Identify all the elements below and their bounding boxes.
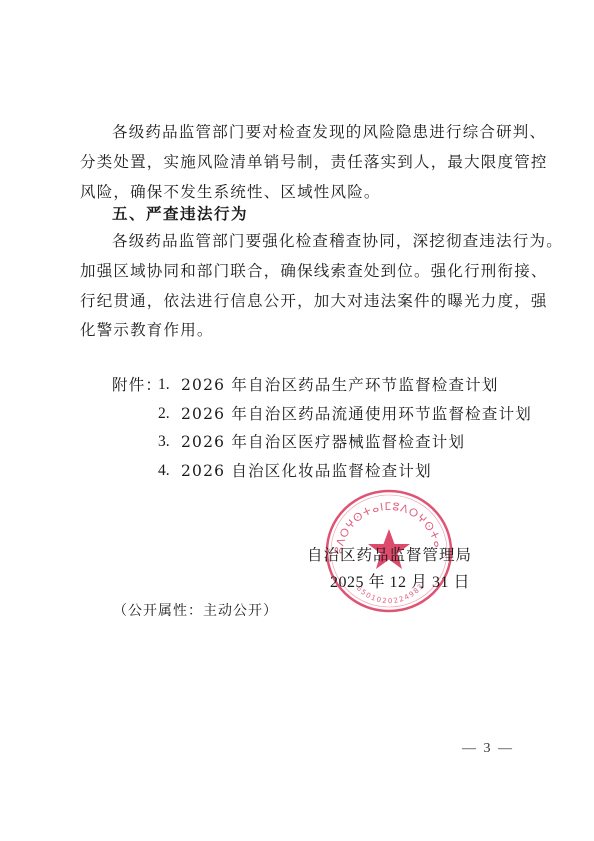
document-page: 各级药品监管部门要对检查发现的风险隐患进行综合研判、 分类处置，实施风险清单销号…	[0, 0, 594, 841]
attachment-item: 2026 年自治区药品流通使用环节监督检查计划	[181, 404, 532, 424]
attachment-number: 1.	[158, 375, 170, 395]
attachment-number: 3.	[158, 432, 170, 452]
paragraph-line: 行纪贯通，依法进行信息公开，加大对违法案件的曝光力度，强	[80, 291, 548, 311]
section-heading: 五、严查违法行为	[112, 204, 248, 224]
disclosure-attribute: （公开属性：主动公开）	[113, 601, 278, 621]
paragraph-line: 各级药品监管部门要对检查发现的风险隐患进行综合研判、	[112, 122, 546, 142]
attachment-number: 2.	[158, 404, 170, 424]
paragraph-line: 加强区域协同和部门联合，确保线索查处到位。强化行刑衔接、	[80, 261, 548, 281]
attachment-number: 4.	[158, 461, 170, 481]
issuer-name: 自治区药品监督管理局	[307, 545, 472, 565]
paragraph-line: 化警示教育作用。	[80, 320, 214, 340]
page-number: — 3 —	[462, 741, 514, 757]
paragraph-line: 风险，确保不发生系统性、区域性风险。	[80, 182, 381, 202]
attachments-label: 附件：	[112, 375, 162, 395]
attachment-item: 2026 自治区化妆品监督检查计划	[181, 461, 432, 481]
paragraph-line: 各级药品监管部门要强化检查稽查协同，深挖彻查违法行为。	[112, 231, 563, 251]
issue-date: 2025 年 12 月 31 日	[330, 573, 470, 593]
attachment-item: 2026 年自治区医疗器械监督检查计划	[181, 432, 465, 452]
attachment-item: 2026 年自治区药品生产环节监督检查计划	[181, 375, 499, 395]
paragraph-line: 分类处置，实施风险清单销号制，责任落实到人，最大限度管控	[80, 152, 548, 172]
